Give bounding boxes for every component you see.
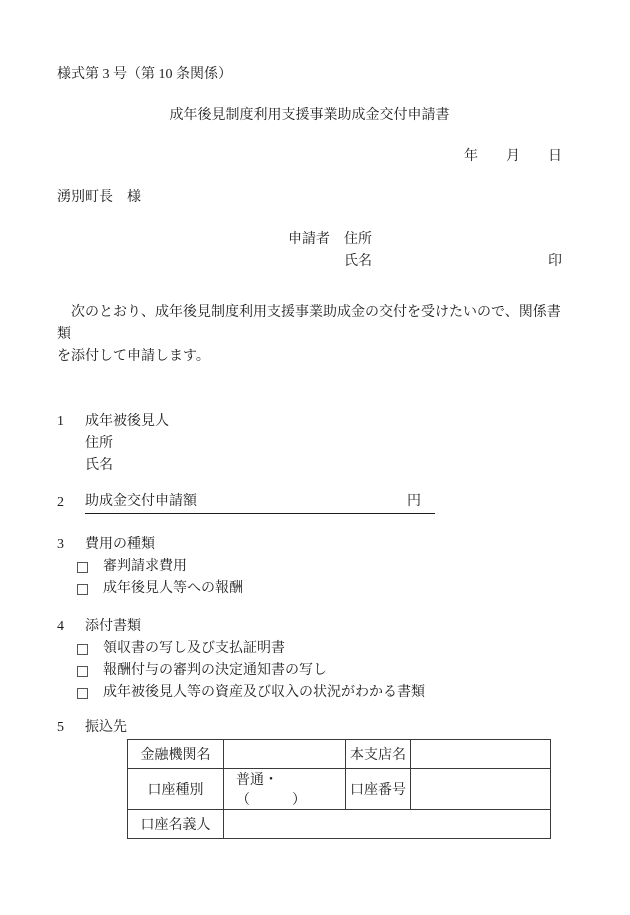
applicant-name-label: 氏名 [344,254,372,269]
attachment-option-receipt-copy: 領収書の写し及び支払証明書 [57,638,562,660]
body-line-2: を添付して申請します。 [57,346,562,368]
section-3-expense-type: 3費用の種類 審判請求費用 成年後見人等への報酬 [57,534,562,600]
section-5-transfer-destination: 5振込先 [57,717,562,739]
addressee: 湧別町長 様 [57,187,562,209]
expense-option-label: 審判請求費用 [103,556,187,578]
expense-option-label: 成年後見人等への報酬 [103,578,243,600]
account-holder-label-cell: 口座名義人 [128,810,224,839]
section-5-number: 5 [57,717,85,739]
yen-unit-label: 円 [407,491,421,513]
checkbox-icon [77,666,88,677]
body-line-1: 次のとおり、成年後見制度利用支援事業助成金の交付を受けたいので、関係書類 [57,302,562,346]
attachment-option-assets-income-documents: 成年被後見人等の資産及び収入の状況がわかる書類 [57,682,562,704]
section-1-heading: 1成年被後見人 [57,411,562,433]
account-holder-value-cell [224,810,551,839]
branch-label-cell: 本支店名 [346,740,411,769]
attachment-option-remuneration-decision-copy: 報酬付与の審判の決定通知書の写し [57,660,562,682]
section-5-title: 振込先 [85,720,127,735]
section-5-heading: 5振込先 [57,717,562,739]
financial-institution-label-cell: 金融機関名 [128,740,224,769]
seal-label: 印 [548,251,562,273]
expense-option-adjudication-cost: 審判請求費用 [57,556,562,578]
section-4-heading: 4添付書類 [57,616,562,638]
document-title: 成年後見制度利用支援事業助成金交付申請書 [57,105,562,127]
applicant-address-line: 申請者住所 [288,229,562,251]
section-4-attached-documents: 4添付書類 領収書の写し及び支払証明書 報酬付与の審判の決定通知書の写し 成年被… [57,616,562,704]
table-row: 口座名義人 [128,810,551,839]
account-type-value-cell: 普通・ （ ） [224,769,346,810]
body-paragraph: 次のとおり、成年後見制度利用支援事業助成金の交付を受けたいので、関係書類 を添付… [57,302,562,368]
financial-institution-value-cell [224,740,346,769]
attachment-option-label: 報酬付与の審判の決定通知書の写し [103,660,327,682]
table-row: 金融機関名 本支店名 [128,740,551,769]
attachment-option-label: 成年被後見人等の資産及び収入の状況がわかる書類 [103,682,425,704]
account-number-value-cell [411,769,551,810]
account-number-label-cell: 口座番号 [346,769,411,810]
checkbox-icon [77,644,88,655]
applicant-name-line: 氏名 印 [288,251,562,273]
subsidy-amount-field: 助成金交付申請額円 [85,491,435,514]
attachment-option-label: 領収書の写し及び支払証明書 [103,638,285,660]
checkbox-icon [77,562,88,573]
ward-name-label: 氏名 [57,455,562,477]
date-line: 年 月 日 [57,146,562,168]
expense-option-guardian-remuneration: 成年後見人等への報酬 [57,578,562,600]
section-3-number: 3 [57,534,85,556]
ward-address-label: 住所 [57,433,562,455]
branch-value-cell [411,740,551,769]
section-4-number: 4 [57,616,85,638]
section-3-heading: 3費用の種類 [57,534,562,556]
section-4-title: 添付書類 [85,619,141,634]
table-row: 口座種別 普通・ （ ） 口座番号 [128,769,551,810]
section-2-subsidy-amount: 2助成金交付申請額円 [57,491,562,514]
bank-transfer-table: 金融機関名 本支店名 口座種別 普通・ （ ） 口座番号 口座名義人 [127,739,551,839]
section-3-title: 費用の種類 [85,537,155,552]
section-1-number: 1 [57,411,85,433]
checkbox-icon [77,688,88,699]
section-2-number: 2 [57,492,85,514]
applicant-address-label: 住所 [344,232,372,247]
section-2-title: 助成金交付申請額 [85,491,197,513]
applicant-block: 申請者住所 氏名 印 [288,229,562,273]
section-1-adult-ward: 1成年被後見人 住所 氏名 [57,411,562,477]
document-page: 様式第 3 号（第 10 条関係） 成年後見制度利用支援事業助成金交付申請書 年… [0,0,630,915]
account-type-label-cell: 口座種別 [128,769,224,810]
applicant-label: 申請者 [288,232,330,247]
checkbox-icon [77,584,88,595]
section-1-title: 成年被後見人 [85,414,169,429]
section-2-heading: 2助成金交付申請額円 [57,491,562,514]
form-number: 様式第 3 号（第 10 条関係） [57,64,562,86]
